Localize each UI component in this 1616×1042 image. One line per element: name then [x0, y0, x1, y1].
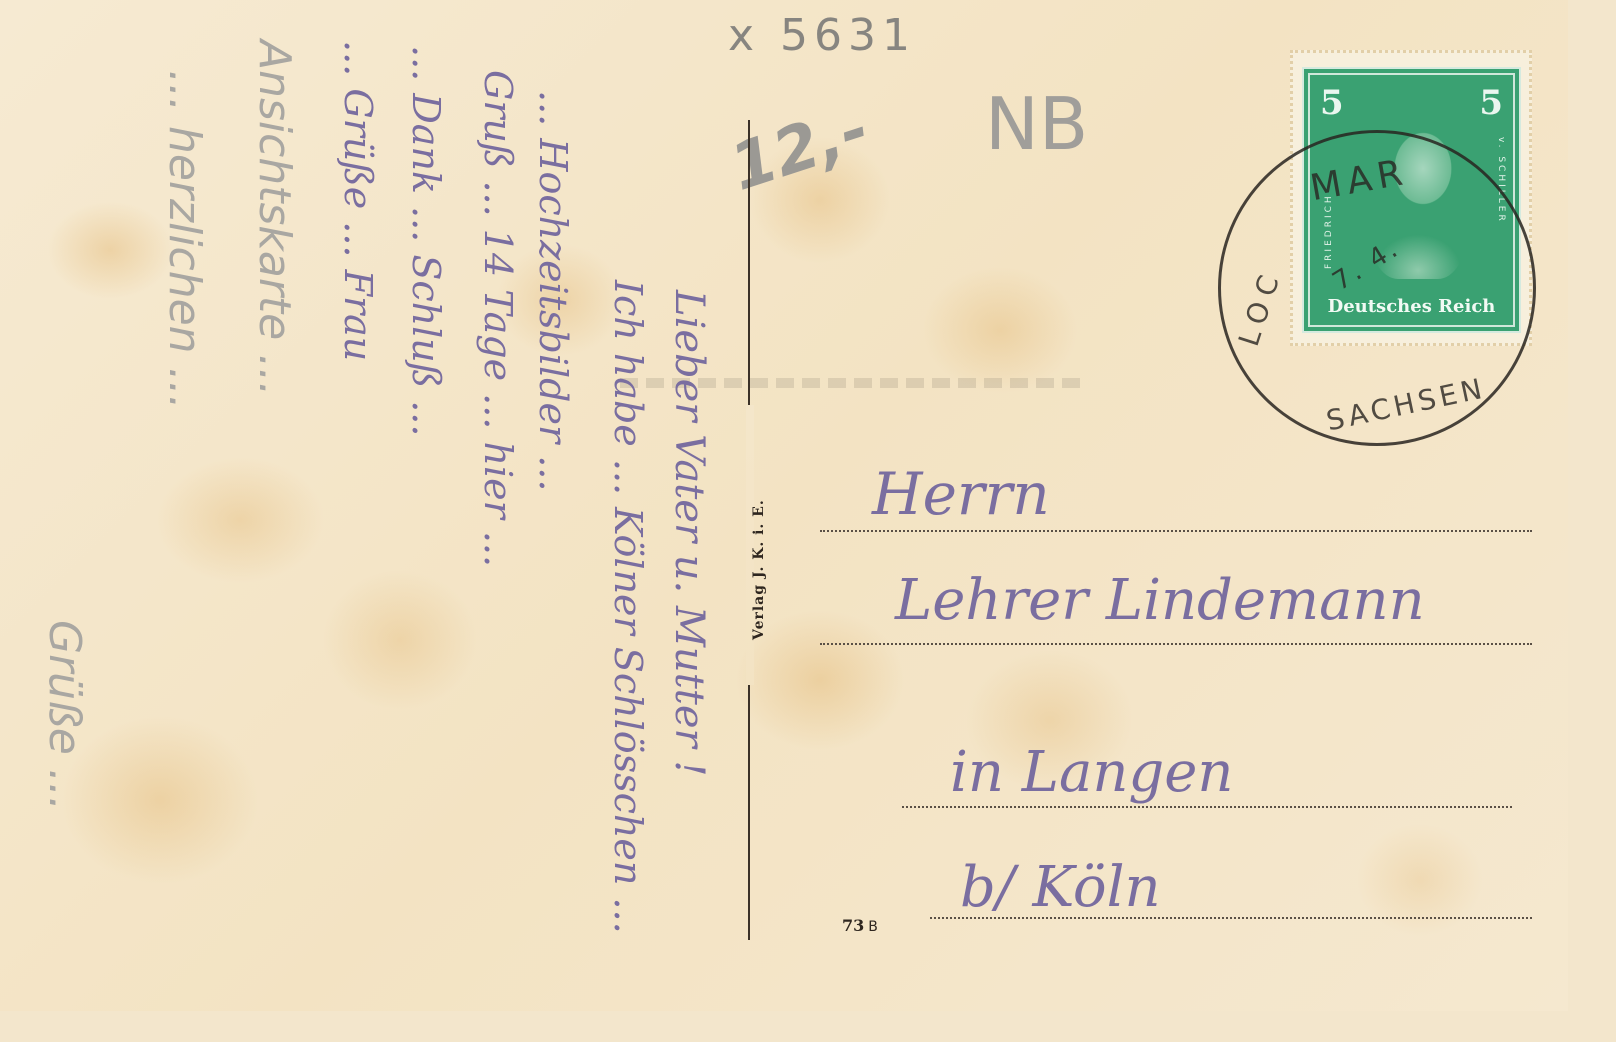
address-line-4: b/ Köln: [960, 855, 1161, 920]
inventory-number-note: x 5631: [728, 10, 916, 61]
print-number: 73B: [842, 916, 878, 935]
pencil-message-column: Ansichtskarte ...: [249, 40, 300, 396]
message-column: ... Dank ... Schluß ...: [404, 45, 448, 436]
initials-note: NB: [985, 82, 1088, 166]
address-line-3: in Langen: [950, 740, 1233, 805]
address-rule-3: [902, 806, 1512, 808]
message-column: Ich habe ... Kölner Schlösschen ...: [606, 280, 650, 934]
print-number-suffix: B: [868, 919, 878, 935]
stamp-value-right: 5: [1479, 83, 1503, 123]
postcard: x 5631 12,- NB Verlag J. K. i. E. 73B 5 …: [0, 0, 1568, 1011]
address-rule-1: [820, 530, 1532, 532]
address-line-2: Lehrer Lindemann: [895, 568, 1425, 633]
stamp-value-left: 5: [1320, 83, 1344, 123]
message-column: ... Grüße ... Frau: [336, 40, 380, 361]
pencil-message-column: ... herzlichen ...: [159, 70, 210, 410]
price-note: 12,-: [722, 92, 878, 206]
message-column: ... Hochzeitsbilder ...: [531, 90, 575, 491]
print-number-value: 73: [842, 916, 864, 935]
address-line-1: Herrn: [872, 460, 1050, 528]
message-column: Gruß ... 14 Tage ... hier ...: [476, 70, 520, 567]
publisher-imprint: Verlag J. K. i. E.: [751, 499, 767, 640]
message-column: Lieber Vater u. Mutter !: [666, 290, 712, 776]
pencil-message-column: Grüße ...: [39, 620, 90, 811]
address-rule-2: [820, 643, 1532, 645]
